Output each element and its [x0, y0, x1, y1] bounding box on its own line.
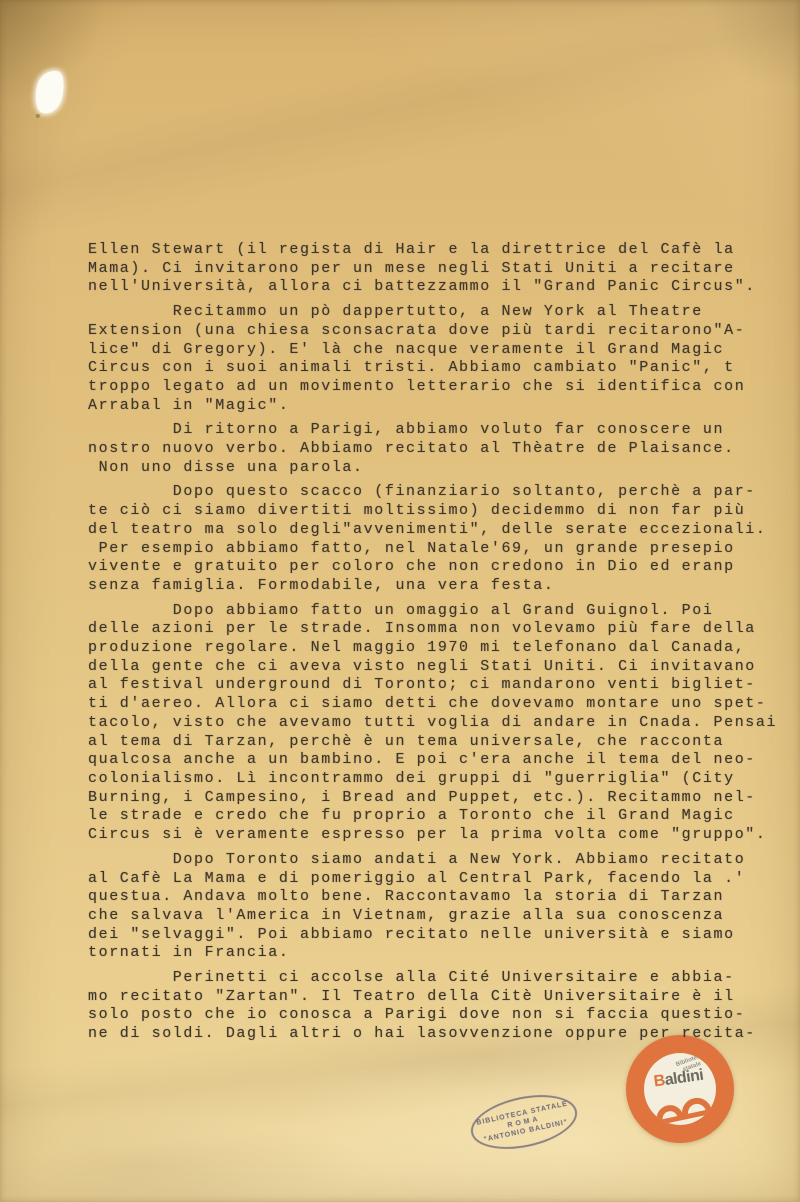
- sticker-brand-name: Baldini: [644, 1065, 716, 1093]
- paper-damage-spot: [31, 67, 68, 116]
- paragraph-dopo-questo-scacco: Dopo questo scacco (finanziario soltanto…: [88, 483, 788, 595]
- typescript-text-block: Ellen Stewart (il regista di Hair e la d…: [88, 241, 788, 1050]
- paragraph-ritorno-parigi: Di ritorno a Parigi, abbiamo voluto far …: [88, 421, 788, 477]
- paragraph-dopo-toronto-new-york: Dopo Toronto siamo andati a New York. Ab…: [88, 851, 788, 963]
- scanned-typescript-page: Ellen Stewart (il regista di Hair e la d…: [0, 0, 800, 1202]
- baldini-library-sticker: Biblioteca statale Baldini: [626, 1035, 734, 1143]
- open-book-icon: [652, 1090, 714, 1125]
- library-oval-ink-stamp: BIBLIOTECA STATALE ROMA "ANTONIO BALDINI…: [466, 1086, 582, 1157]
- sticker-inner-disc: Biblioteca statale Baldini: [644, 1053, 716, 1125]
- paragraph-perinetti-cite-universitaire: Perinetti ci accolse alla Cité Universit…: [88, 969, 788, 1044]
- paragraph-recitammo-dappertutto: Recitammo un pò dappertutto, a New York …: [88, 303, 788, 415]
- sticker-content: Biblioteca statale Baldini: [644, 1053, 716, 1125]
- brand-rest: aldini: [664, 1067, 705, 1089]
- paragraph-grand-guignol-toronto: Dopo abbiamo fatto un omaggio al Grand G…: [88, 602, 788, 845]
- paragraph-ellen-stewart: Ellen Stewart (il regista di Hair e la d…: [88, 241, 788, 297]
